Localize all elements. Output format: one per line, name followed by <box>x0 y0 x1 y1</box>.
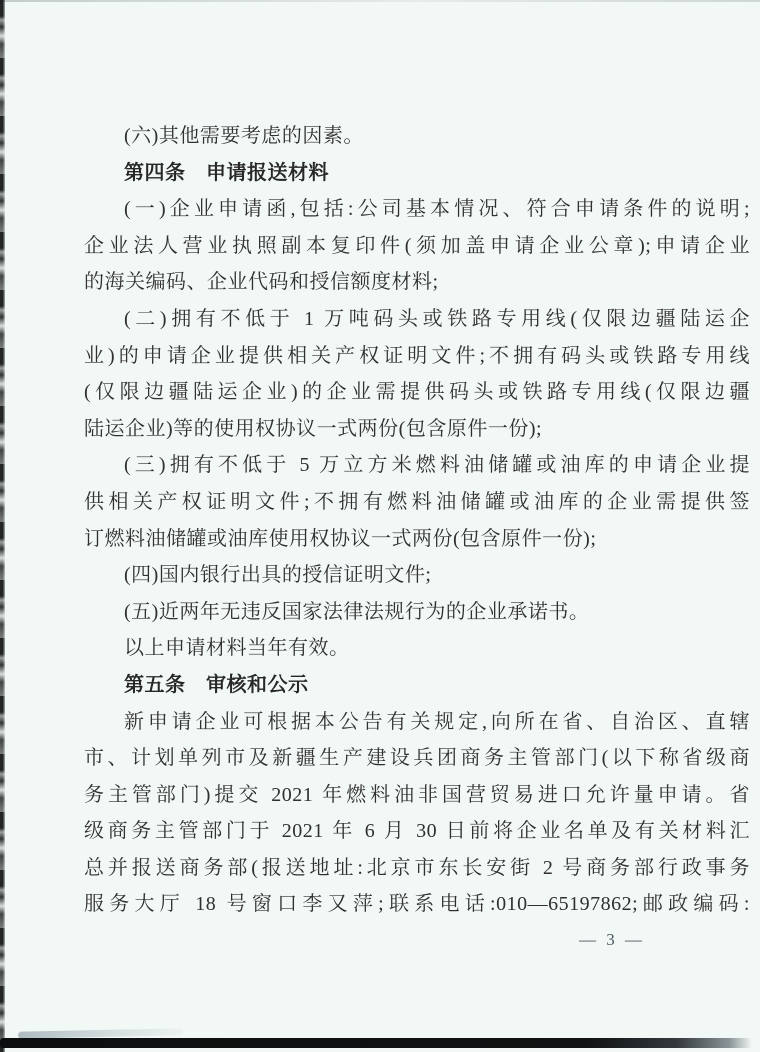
document-line: 以上申请材料当年有效。 <box>84 630 750 667</box>
document-line: (四)国内银行出具的授信证明文件; <box>84 557 750 594</box>
page-number: — 3 — <box>564 930 660 950</box>
scan-left-edge-artifact <box>0 0 5 1052</box>
document-line: 新申请企业可根据本公告有关规定,向所在省、自治区、直辖 <box>84 704 750 741</box>
document-line: 务主管部门)提交 2021 年燃料油非国营贸易进口允许量申请。省 <box>84 777 750 814</box>
section-heading: 第五条 审核和公示 <box>84 667 750 704</box>
document-line: 业)的申请企业提供相关产权证明文件;不拥有码头或铁路专用线 <box>84 338 750 375</box>
section-heading: 第四条 申请报送材料 <box>84 155 750 192</box>
document-line: (六)其他需要考虑的因素。 <box>84 118 750 155</box>
document-line: 级商务主管部门于 2021 年 6 月 30 日前将企业名单及有关材料汇 <box>84 813 750 850</box>
document-line: (五)近两年无违反国家法律法规行为的企业承诺书。 <box>84 594 750 631</box>
document-line: (仅限边疆陆运企业)的企业需提供码头或铁路专用线(仅限边疆 <box>84 374 750 411</box>
document-line: 总并报送商务部(报送地址:北京市东长安街 2 号商务部行政事务 <box>84 850 750 887</box>
document-line: 服务大厅 18 号窗口李又萍;联系电话:010—65197862;邮政编码: <box>84 886 750 923</box>
scan-top-edge-artifact <box>0 0 760 2</box>
scan-bottom-edge-artifact <box>0 1038 752 1048</box>
scanned-page: (六)其他需要考虑的因素。第四条 申请报送材料(一)企业申请函,包括:公司基本情… <box>0 0 760 1052</box>
document-line: 企业法人营业执照副本复印件(须加盖申请企业公章);申请企业 <box>84 228 750 265</box>
document-line: 订燃料油储罐或油库使用权协议一式两份(包含原件一份); <box>84 521 750 558</box>
document-line: 的海关编码、企业代码和授信额度材料; <box>84 264 750 301</box>
document-line: 供相关产权证明文件;不拥有燃料油储罐或油库的企业需提供签 <box>84 484 750 521</box>
document-body: (六)其他需要考虑的因素。第四条 申请报送材料(一)企业申请函,包括:公司基本情… <box>84 118 750 923</box>
document-line: (二)拥有不低于 1 万吨码头或铁路专用线(仅限边疆陆运企 <box>84 301 750 338</box>
document-line: 市、计划单列市及新疆生产建设兵团商务主管部门(以下称省级商 <box>84 740 750 777</box>
document-line: (三)拥有不低于 5 万立方米燃料油储罐或油库的申请企业提 <box>84 447 750 484</box>
document-line: 陆运企业)等的使用权协议一式两份(包含原件一份); <box>84 411 750 448</box>
document-line: (一)企业申请函,包括:公司基本情况、符合申请条件的说明; <box>84 191 750 228</box>
